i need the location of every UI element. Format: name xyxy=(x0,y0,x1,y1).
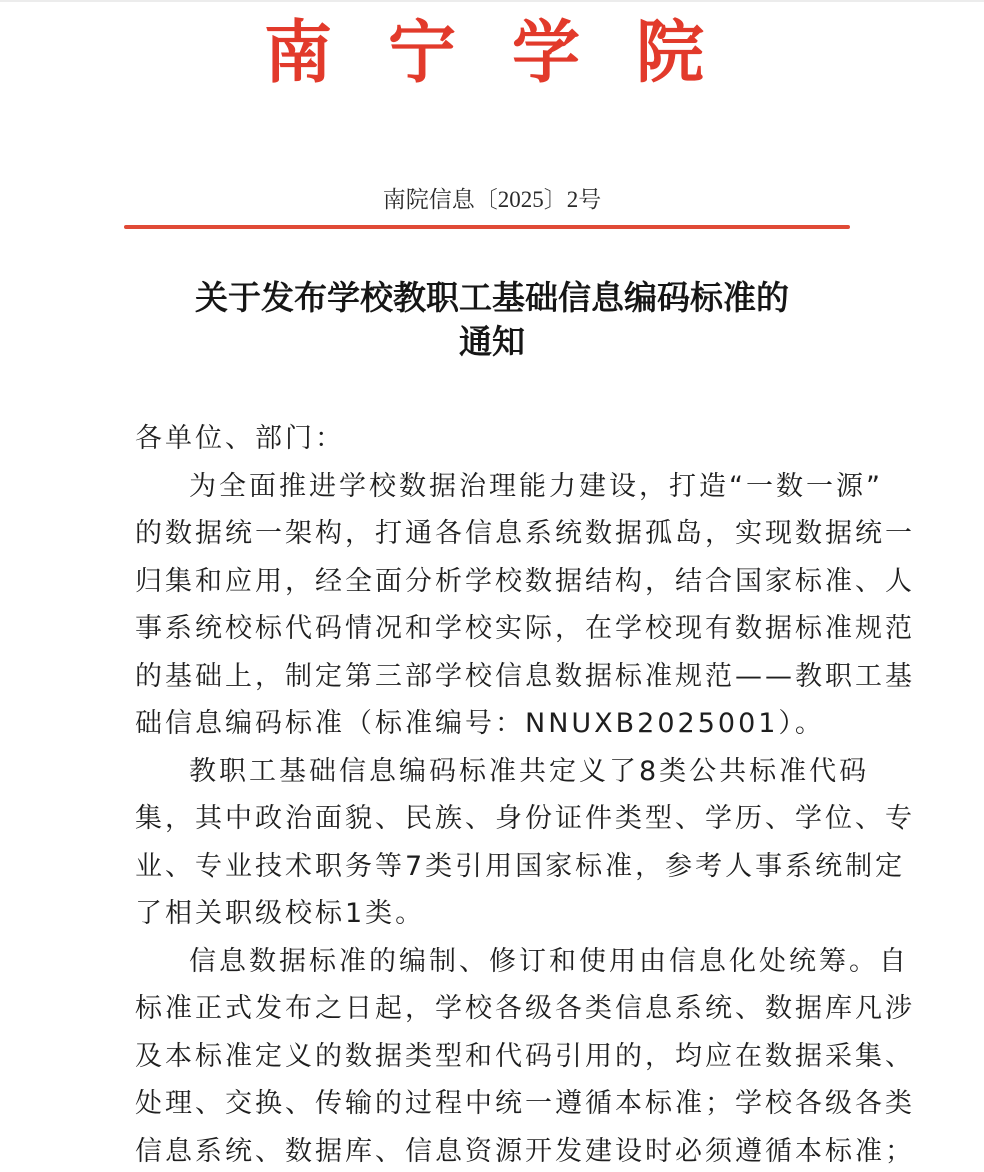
document-title: 关于发布学校教职工基础信息编码标准的 通知 xyxy=(120,276,864,364)
page-top-edge xyxy=(0,0,984,2)
paragraph-line: 信息数据标准的编制、修订和使用由信息化处统筹。自 xyxy=(135,938,835,986)
paragraph-line: 处理、交换、传输的过程中统一遵循本标准；学校各级各类 xyxy=(135,1080,835,1128)
paragraph-line: 础信息编码标准（标准编号：NNUXB2025001）。 xyxy=(135,700,835,748)
paragraph-line: 归集和应用，经全面分析学校数据结构，结合国家标准、人 xyxy=(135,558,835,606)
organization-header: 南宁学院 xyxy=(0,8,984,98)
salutation: 各单位、部门： xyxy=(135,415,835,463)
red-divider-rule xyxy=(124,225,850,229)
paragraph-3: 信息数据标准的编制、修订和使用由信息化处统筹。自 标准正式发布之日起，学校各级各… xyxy=(135,938,835,1172)
paragraph-line: 及本标准定义的数据类型和代码引用的，均应在数据采集、 xyxy=(135,1033,835,1081)
paragraph-line: 的基础上，制定第三部学校信息数据标准规范——教职工基 xyxy=(135,653,835,701)
paragraph-line: 业、专业技术职务等7类引用国家标准，参考人事系统制定 xyxy=(135,843,835,891)
document-number: 南院信息〔2025〕2号 xyxy=(0,182,984,218)
paragraph-line: 的数据统一架构，打通各信息系统数据孤岛，实现数据统一 xyxy=(135,510,835,558)
document-body: 各单位、部门： 为全面推进学校数据治理能力建设，打造“一数一源” 的数据统一架构… xyxy=(135,415,835,1172)
document-title-line-1: 关于发布学校教职工基础信息编码标准的 xyxy=(120,276,864,320)
paragraph-line: 集，其中政治面貌、民族、身份证件类型、学历、学位、专 xyxy=(135,795,835,843)
paragraph-line: 了相关职级校标1类。 xyxy=(135,890,835,938)
paragraph-line: 信息系统、数据库、信息资源开发建设时必须遵循本标准； xyxy=(135,1128,835,1172)
paragraph-line: 标准正式发布之日起，学校各级各类信息系统、数据库凡涉 xyxy=(135,985,835,1033)
paragraph-2: 教职工基础信息编码标准共定义了8类公共标准代码 集，其中政治面貌、民族、身份证件… xyxy=(135,748,835,938)
paragraph-line: 事系统校标代码情况和学校实际，在学校现有数据标准规范 xyxy=(135,605,835,653)
paragraph-line: 教职工基础信息编码标准共定义了8类公共标准代码 xyxy=(135,748,835,796)
document-title-line-2: 通知 xyxy=(120,320,864,364)
paragraph-line: 为全面推进学校数据治理能力建设，打造“一数一源” xyxy=(135,463,835,511)
paragraph-1: 为全面推进学校数据治理能力建设，打造“一数一源” 的数据统一架构，打通各信息系统… xyxy=(135,463,835,748)
